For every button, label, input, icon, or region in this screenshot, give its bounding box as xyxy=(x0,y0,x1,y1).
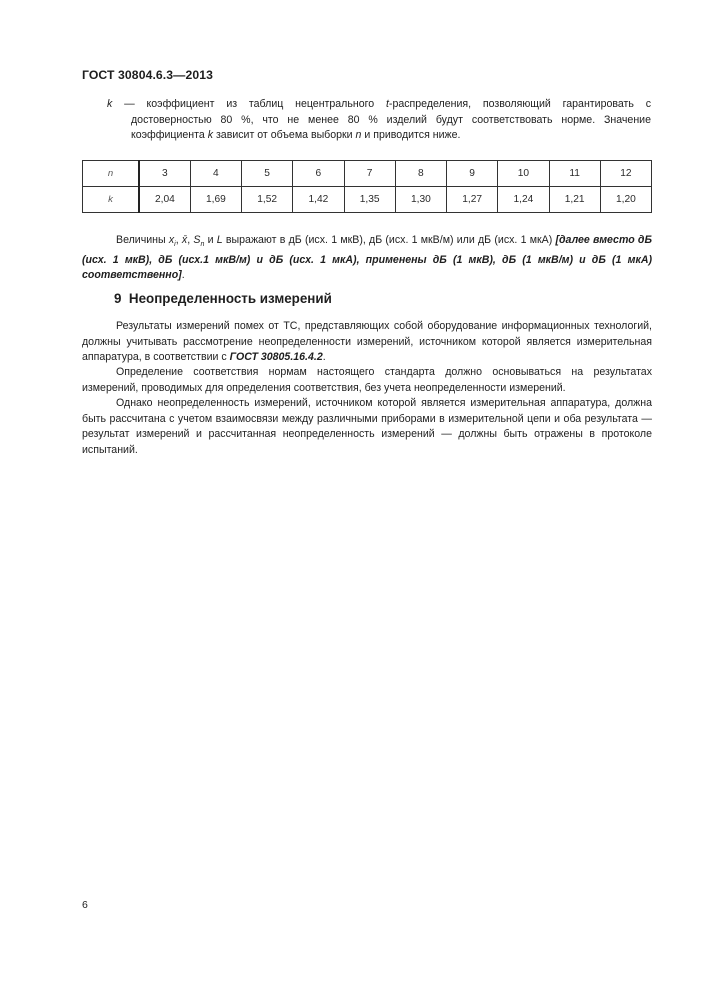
table-cell: 2,04 xyxy=(139,187,190,213)
table-cell: 1,52 xyxy=(242,187,293,213)
page-number: 6 xyxy=(82,899,88,911)
section-number: 9 xyxy=(114,291,121,306)
table-cell: 12 xyxy=(600,161,651,187)
table-cell: 1,30 xyxy=(395,187,446,213)
table-cell: 1,20 xyxy=(600,187,651,213)
k-coefficient-table: n 3 4 5 6 7 8 9 10 11 12 k 2,04 1,69 1,5… xyxy=(82,160,652,213)
table-cell: 9 xyxy=(447,161,498,187)
k-coefficient-definition: k — коэффициент из таблиц нецентрального… xyxy=(107,97,651,144)
section-paragraph: Определение соответствия нормам настояще… xyxy=(82,365,652,396)
table-cell: 1,27 xyxy=(447,187,498,213)
table-cell: 1,42 xyxy=(293,187,344,213)
units-paragraph: Величины xi, x̄, Sn и L выражают в дБ (и… xyxy=(82,233,652,284)
table-cell: 7 xyxy=(344,161,395,187)
table-cell: 6 xyxy=(293,161,344,187)
table-cell: 11 xyxy=(549,161,600,187)
table-cell: 1,21 xyxy=(549,187,600,213)
section-paragraph: Результаты измерений помех от ТС, предст… xyxy=(82,319,652,366)
section-title: Неопределенность измерений xyxy=(129,291,332,306)
table-cell: 1,24 xyxy=(498,187,549,213)
row-label-n: n xyxy=(83,161,140,187)
table-cell: 4 xyxy=(190,161,241,187)
table-cell: 1,35 xyxy=(344,187,395,213)
row-label-k: k xyxy=(83,187,140,213)
table-row-n: n 3 4 5 6 7 8 9 10 11 12 xyxy=(83,161,652,187)
section-paragraph: Однако неопределенность измерений, источ… xyxy=(82,396,652,458)
table-row-k: k 2,04 1,69 1,52 1,42 1,35 1,30 1,27 1,2… xyxy=(83,187,652,213)
table-cell: 10 xyxy=(498,161,549,187)
table-cell: 5 xyxy=(242,161,293,187)
standard-reference: ГОСТ 30805.16.4.2 xyxy=(230,351,323,363)
table-cell: 8 xyxy=(395,161,446,187)
table-cell: 3 xyxy=(139,161,190,187)
document-header: ГОСТ 30804.6.3—2013 xyxy=(82,68,213,82)
table-cell: 1,69 xyxy=(190,187,241,213)
section-heading: 9 Неопределенность измерений xyxy=(114,291,332,306)
